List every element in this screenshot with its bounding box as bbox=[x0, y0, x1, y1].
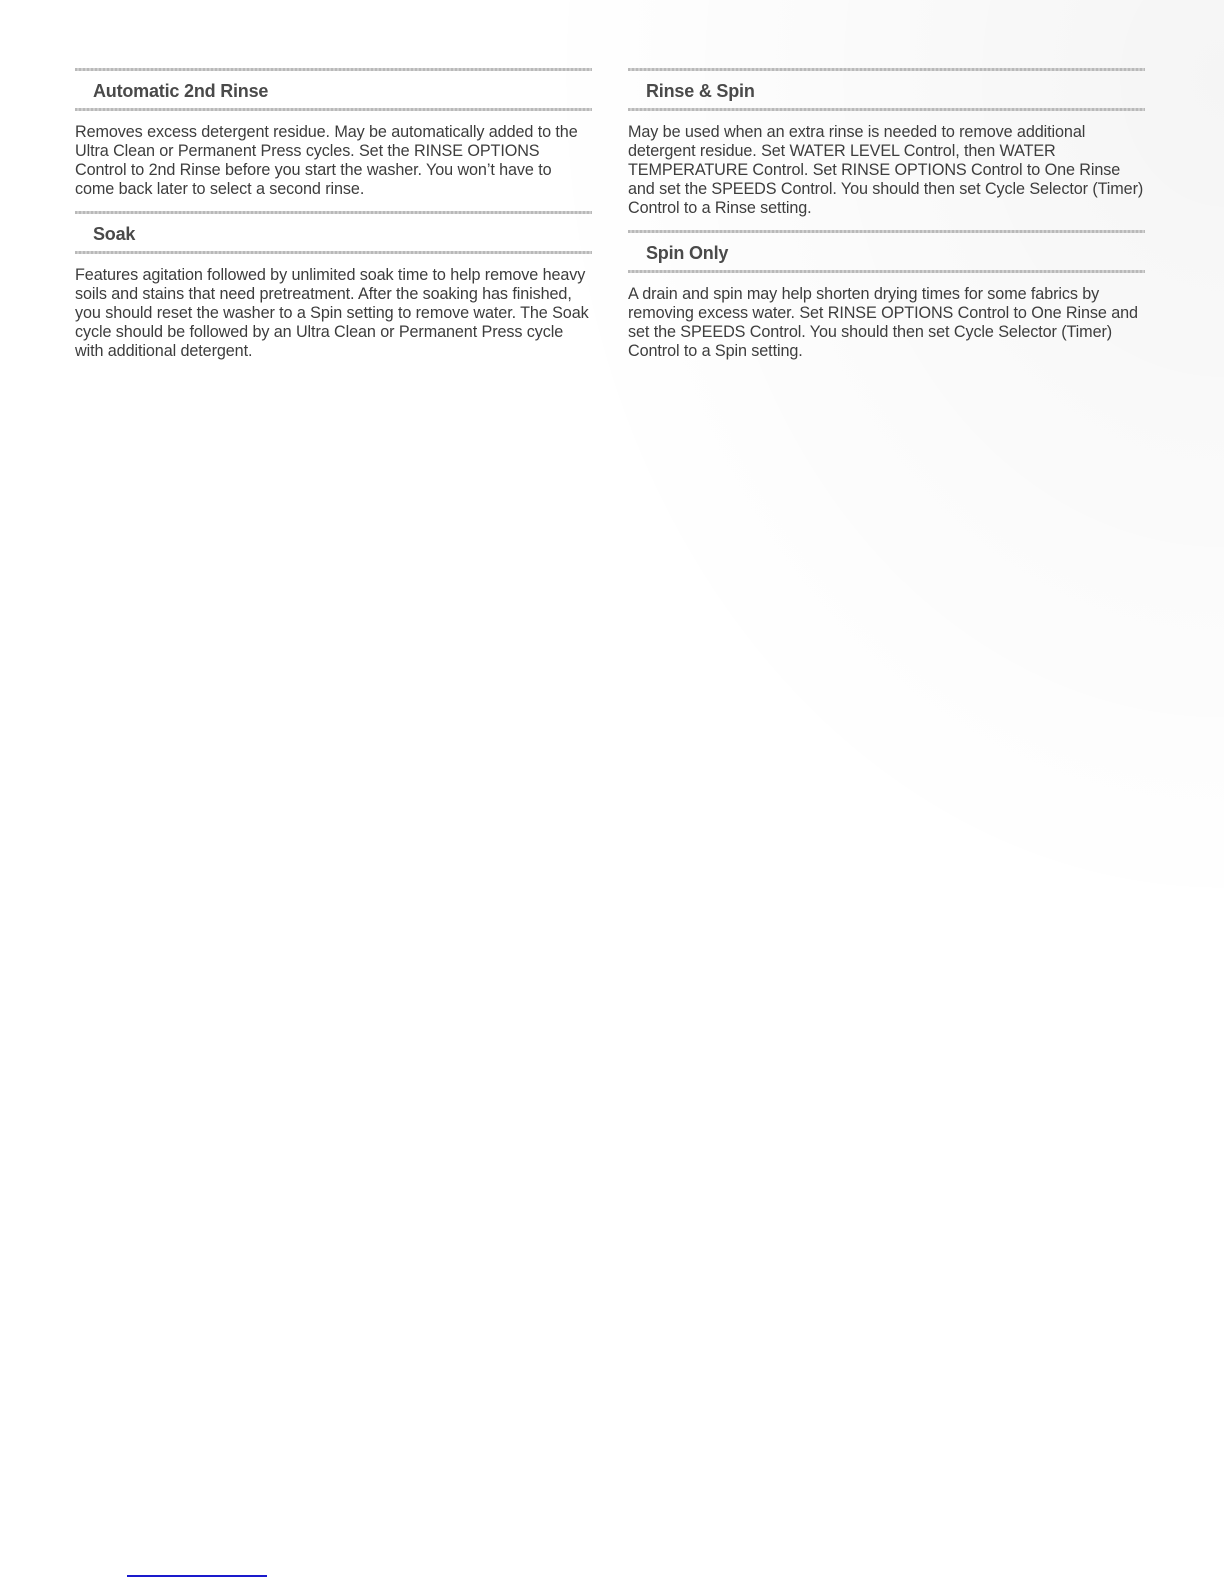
footer-underline-link[interactable] bbox=[127, 1575, 267, 1577]
section-heading-rule bbox=[75, 108, 592, 111]
section-heading: Automatic 2nd Rinse bbox=[75, 71, 592, 108]
section-heading: Rinse & Spin bbox=[628, 71, 1145, 108]
section-automatic-2nd-rinse: Automatic 2nd Rinse Removes excess deter… bbox=[75, 68, 592, 199]
section-heading: Soak bbox=[75, 214, 592, 251]
section-body: May be used when an extra rinse is neede… bbox=[628, 123, 1145, 218]
section-heading: Spin Only bbox=[628, 233, 1145, 270]
section-spin-only: Spin Only A drain and spin may help shor… bbox=[628, 230, 1145, 361]
section-rinse-and-spin: Rinse & Spin May be used when an extra r… bbox=[628, 68, 1145, 218]
section-soak: Soak Features agitation followed by unli… bbox=[75, 211, 592, 361]
section-body: A drain and spin may help shorten drying… bbox=[628, 285, 1145, 361]
section-heading-rule bbox=[75, 251, 592, 254]
right-column: Rinse & Spin May be used when an extra r… bbox=[628, 68, 1145, 361]
section-heading-rule bbox=[628, 108, 1145, 111]
left-column: Automatic 2nd Rinse Removes excess deter… bbox=[75, 68, 592, 361]
section-heading-rule bbox=[628, 270, 1145, 273]
section-body: Features agitation followed by unlimited… bbox=[75, 266, 592, 361]
section-body: Removes excess detergent residue. May be… bbox=[75, 123, 592, 199]
